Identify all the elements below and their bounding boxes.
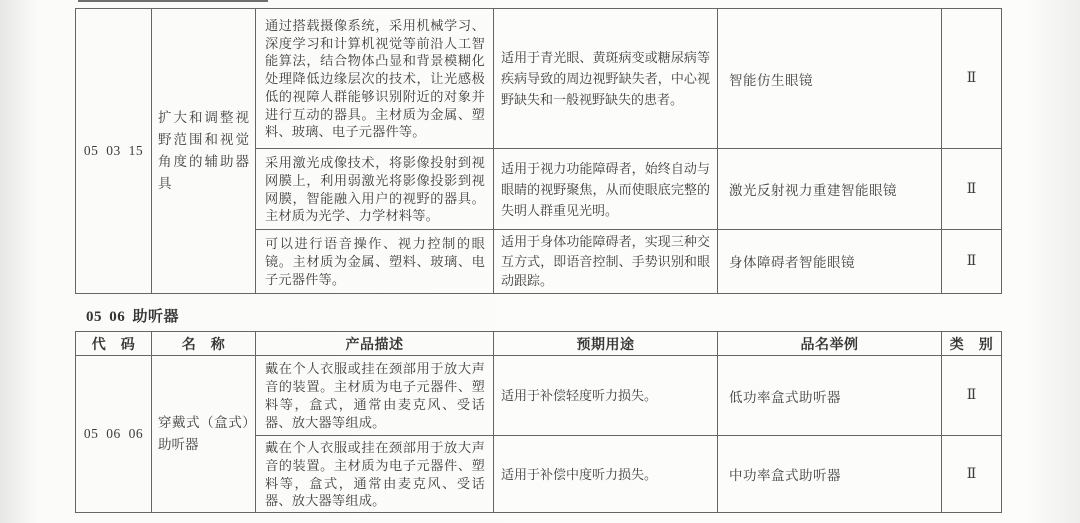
header-intended-use: 预期用途 [494, 332, 718, 356]
name-cell: 穿戴式（盒式）助听器 [152, 356, 256, 513]
product-description-cell: 通过搭载摄像系统，采用机械学习、深度学习和计算机视觉等前沿人工智能算法，结合物体… [256, 9, 494, 149]
category-cell: Ⅱ [942, 9, 1002, 149]
example-name-cell: 中功率盒式助听器 [718, 436, 942, 513]
product-description-cell: 采用激光成像技术，将影像投射到视网膜上，利用弱激光将影像投影到视网膜，智能融入用… [256, 149, 494, 230]
category-cell: Ⅱ [942, 149, 1002, 230]
product-description-cell: 戴在个人衣服或挂在颈部用于放大声音的装置。主材质为电子元器件、塑料等，盒式，通常… [256, 356, 494, 436]
product-description-cell: 可以进行语音操作、视力控制的眼镜。主材质为金属、塑料、玻璃、电子元器件等。 [256, 230, 494, 294]
category-cell: Ⅱ [942, 436, 1002, 513]
code-cell: 05 03 15 [76, 9, 152, 294]
previous-row-border-fragment [78, 0, 268, 2]
category-cell: Ⅱ [942, 356, 1002, 436]
table-row: 05 06 06 穿戴式（盒式）助听器 戴在个人衣服或挂在颈部用于放大声音的装置… [76, 356, 1002, 436]
section-heading: 05 06 助听器 [86, 305, 179, 326]
vision-aids-table: 05 03 15 扩大和调整视野范围和视觉角度的辅助器具 通过搭载摄像系统，采用… [75, 8, 1002, 294]
intended-use-cell: 适用于视力功能障碍者，始终自动与眼睛的视野聚焦，从而使眼底完整的失明人群重见光明… [494, 149, 718, 230]
hearing-aids-table: 代 码 名 称 产品描述 预期用途 品名举例 类 别 05 06 06 穿戴式（… [75, 331, 1002, 513]
intended-use-cell: 适用于身体功能障碍者，实现三种交互方式，即语音控制、手势识别和眼动跟踪。 [494, 230, 718, 294]
product-description-cell: 戴在个人衣服或挂在颈部用于放大声音的装置。主材质为电子元器件、塑料等，盒式，通常… [256, 436, 494, 513]
example-name-cell: 智能仿生眼镜 [718, 9, 942, 149]
intended-use-cell: 适用于青光眼、黄斑病变或糖尿病等疾病导致的周边视野缺失者，中心视野缺失和一般视野… [494, 9, 718, 149]
category-cell: Ⅱ [942, 230, 1002, 294]
example-name-cell: 激光反射视力重建智能眼镜 [718, 149, 942, 230]
example-name-cell: 身体障碍者智能眼镜 [718, 230, 942, 294]
table-row: 05 03 15 扩大和调整视野范围和视觉角度的辅助器具 通过搭载摄像系统，采用… [76, 9, 1002, 149]
header-category: 类 别 [942, 332, 1002, 356]
header-name: 名 称 [152, 332, 256, 356]
header-code: 代 码 [76, 332, 152, 356]
header-example: 品名举例 [718, 332, 942, 356]
intended-use-cell: 适用于补偿轻度听力损失。 [494, 356, 718, 436]
name-cell: 扩大和调整视野范围和视觉角度的辅助器具 [152, 9, 256, 294]
example-name-cell: 低功率盒式助听器 [718, 356, 942, 436]
code-cell: 05 06 06 [76, 356, 152, 513]
intended-use-cell: 适用于补偿中度听力损失。 [494, 436, 718, 513]
header-description: 产品描述 [256, 332, 494, 356]
table-header-row: 代 码 名 称 产品描述 预期用途 品名举例 类 别 [76, 332, 1002, 356]
